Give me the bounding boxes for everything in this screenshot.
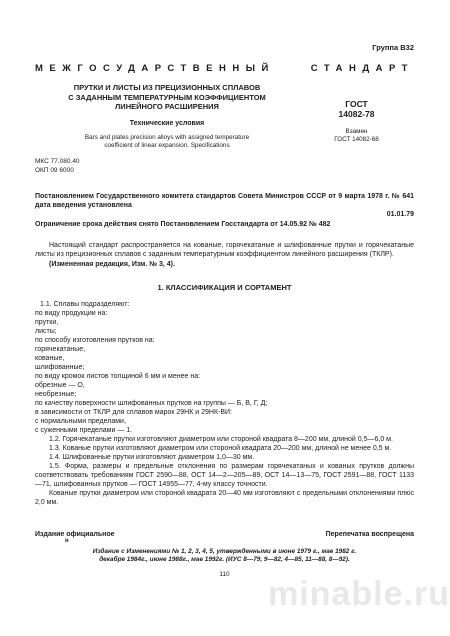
amendment-note: (Измененная редакция, Изм. № 3, 4). — [35, 260, 414, 270]
masthead-left: ПРУТКИ И ЛИСТЫ ИЗ ПРЕЦИЗИОННЫХ СПЛАВОВС … — [35, 83, 299, 151]
document-subtitle: Технические условия — [35, 120, 299, 127]
footer-mark: н — [65, 538, 414, 545]
masthead-right: ГОСТ 14082-78 Взамен ГОСТ 14082-68 — [299, 83, 414, 151]
document-title-english: Bars and plates precision alloys with as… — [35, 134, 299, 151]
footer-row: Издание официальное Перепечатка воспреще… — [35, 531, 414, 538]
standard-document-page: Группа В32 МЕЖГОСУДАРСТВЕННЫЙ СТАНДАРТ П… — [0, 0, 450, 636]
effective-date: 01.01.79 — [35, 211, 414, 218]
clause-1-5-note: Кованые прутки диаметром или стороной кв… — [35, 489, 414, 507]
standard-type-word-left: МЕЖГОСУДАРСТВЕННЫЙ — [35, 63, 275, 74]
gost-designation-number: 14082-78 — [299, 109, 414, 119]
clause-1-2: 1.2. Горячекатаные прутки изготовляют ди… — [35, 435, 414, 444]
clause-1-3: 1.3. Кованые прутки изготовляют диаметро… — [35, 444, 414, 453]
standard-type-heading: МЕЖГОСУДАРСТВЕННЫЙ СТАНДАРТ — [35, 63, 414, 74]
limitation-note: Ограничение срока действия снято Постано… — [35, 221, 414, 228]
reprint-prohibited-label: Перепечатка воспрещена — [326, 531, 414, 538]
classification-list: по виду продукции на:прутки,листы;по спо… — [35, 309, 414, 435]
decree-paragraph: Постановлением Государственного комитета… — [35, 192, 414, 210]
replaces-number: ГОСТ 14082-68 — [299, 136, 414, 144]
clause-1-5: 1.5. Форма, размеры и предельные отклоне… — [35, 462, 414, 489]
clause-1-1-intro: 1.1. Сплавы подразделяют: — [35, 300, 414, 309]
classification-codes: МКС 77.080.40 ОКП 09 6000 — [35, 157, 414, 175]
replaces-note: Взамен ГОСТ 14082-68 — [299, 128, 414, 144]
gost-designation-label: ГОСТ — [299, 99, 414, 109]
standard-type-word-right: СТАНДАРТ — [311, 63, 414, 74]
watermark: minable.ru — [268, 575, 450, 614]
group-label: Группа В32 — [35, 0, 414, 52]
official-edition-label: Издание официальное — [35, 531, 115, 538]
section-1-heading: 1. КЛАССИФИКАЦИЯ И СОРТАМЕНТ — [35, 283, 414, 292]
okp-code: ОКП 09 6000 — [35, 166, 414, 175]
document-title: ПРУТКИ И ЛИСТЫ ИЗ ПРЕЦИЗИОННЫХ СПЛАВОВС … — [35, 83, 299, 112]
gost-designation: ГОСТ 14082-78 — [299, 99, 414, 119]
edition-note: Издание с Изменениями № 1, 2, 3, 4, 5, у… — [35, 548, 414, 565]
mks-code: МКС 77.080.40 — [35, 157, 414, 166]
page-number: 110 — [35, 571, 414, 578]
clause-1-4: 1.4. Шлифованные прутки изготовляют диам… — [35, 453, 414, 462]
masthead: ПРУТКИ И ЛИСТЫ ИЗ ПРЕЦИЗИОННЫХ СПЛАВОВС … — [35, 83, 414, 151]
replaces-label: Взамен — [299, 128, 414, 136]
scope-paragraph: Настоящий стандарт распространяется на к… — [35, 241, 414, 261]
